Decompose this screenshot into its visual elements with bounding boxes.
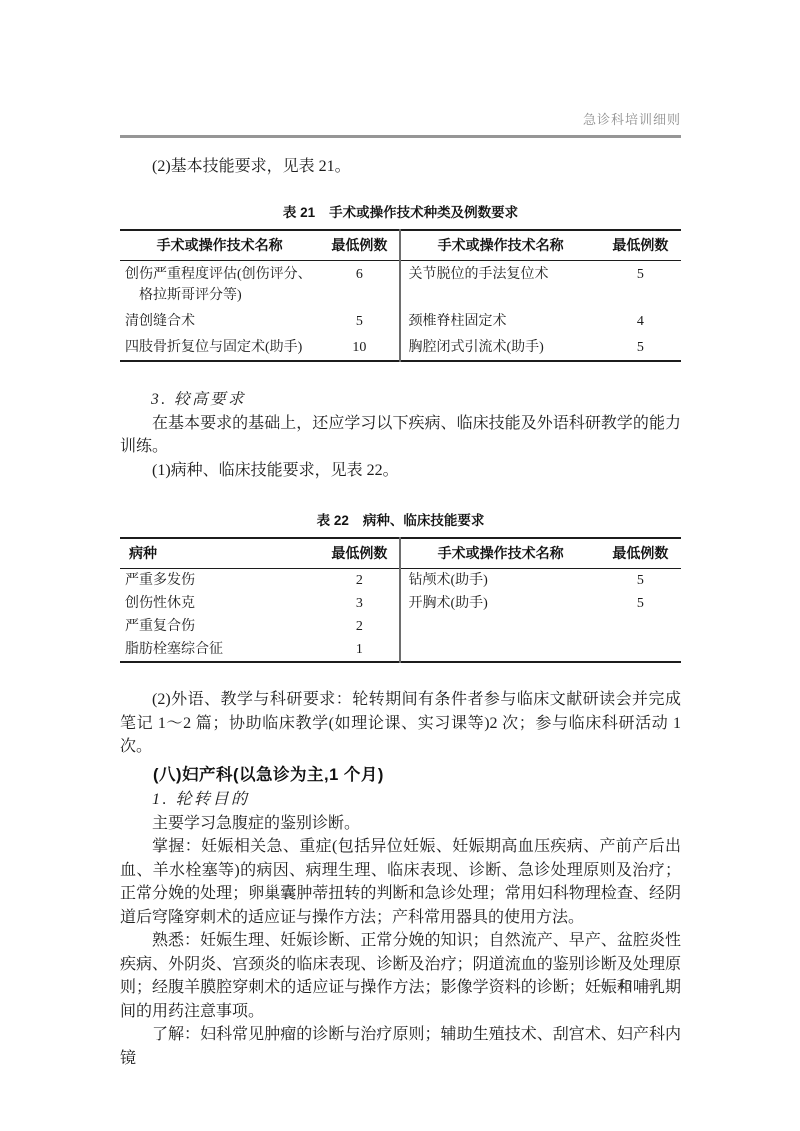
table-cell xyxy=(600,615,681,638)
table-cell: 5 xyxy=(600,261,681,309)
table-cell: 严重复合伤 xyxy=(120,615,319,638)
table22-header-disease: 病种 xyxy=(120,538,319,569)
table-cell: 四肢骨折复位与固定术(助手) xyxy=(120,334,319,361)
section3-heading: 3. 较高要求 xyxy=(120,388,681,412)
table-cell: 2 xyxy=(319,569,400,593)
table-cell: 4 xyxy=(600,308,681,334)
table-row: 脂肪栓塞综合征 1 xyxy=(120,638,681,662)
table-cell: 颈椎脊柱固定术 xyxy=(400,308,599,334)
page-number: — 45 — xyxy=(120,977,681,993)
table-row: 创伤严重程度评估(创伤评分、格拉斯哥评分等) 6 关节脱位的手法复位术 5 xyxy=(120,261,681,309)
table-cell: 开胸术(助手) xyxy=(400,592,599,615)
table22-caption-label: 表 22 xyxy=(317,513,349,528)
table-cell: 6 xyxy=(319,261,400,309)
document-page: 急诊科培训细则 (2)基本技能要求，见表 21。 表 21手术或操作技术种类及例… xyxy=(0,0,800,1131)
paragraph-understand: 了解：妇科常见肿瘤的诊断与治疗原则；辅助生殖技术、刮宫术、妇产科内镜 xyxy=(120,1023,681,1070)
table-22: 病种 最低例数 手术或操作技术名称 最低例数 严重多发伤 2 钻颅术(助手) 5… xyxy=(120,537,681,663)
paragraph-basic-skills: (2)基本技能要求，见表 21。 xyxy=(120,155,681,179)
running-head-title: 急诊科培训细则 xyxy=(120,0,681,128)
table22-header-row: 病种 最低例数 手术或操作技术名称 最低例数 xyxy=(120,538,681,569)
table-cell xyxy=(400,615,599,638)
table-cell: 创伤性休克 xyxy=(120,592,319,615)
table-row: 创伤性休克 3 开胸术(助手) 5 xyxy=(120,592,681,615)
table-row: 严重多发伤 2 钻颅术(助手) 5 xyxy=(120,569,681,593)
table-cell xyxy=(400,638,599,662)
table-cell: 2 xyxy=(319,615,400,638)
table21-caption: 表 21手术或操作技术种类及例数要求 xyxy=(120,205,681,220)
table-cell xyxy=(600,638,681,662)
table-cell: 脂肪栓塞综合征 xyxy=(120,638,319,662)
paragraph-foreign-teaching: (2)外语、教学与科研要求：轮转期间有条件者参与临床文献研读会并完成笔记 1～2… xyxy=(120,688,681,759)
section8-subheading-rotation: 1. 轮转目的 xyxy=(120,788,681,812)
table21-header-name-left: 手术或操作技术名称 xyxy=(120,230,319,261)
table22-header-name-right: 手术或操作技术名称 xyxy=(400,538,599,569)
table-cell: 3 xyxy=(319,592,400,615)
table-cell: 关节脱位的手法复位术 xyxy=(400,261,599,309)
paragraph-higher-req: 在基本要求的基础上，还应学习以下疾病、临床技能及外语科研教学的能力训练。 xyxy=(120,412,681,459)
paragraph-rotation-goal: 主要学习急腹症的鉴别诊断。 xyxy=(120,812,681,836)
table22-caption-title: 病种、临床技能要求 xyxy=(363,513,485,528)
table-cell: 清创缝合术 xyxy=(120,308,319,334)
table-cell: 10 xyxy=(319,334,400,361)
paragraph-see-table22: (1)病种、临床技能要求，见表 22。 xyxy=(120,459,681,483)
table21-header-row: 手术或操作技术名称 最低例数 手术或操作技术名称 最低例数 xyxy=(120,230,681,261)
table-cell: 严重多发伤 xyxy=(120,569,319,593)
table21-header-min-right: 最低例数 xyxy=(600,230,681,261)
table-cell: 5 xyxy=(600,569,681,593)
table22-header-min-right: 最低例数 xyxy=(600,538,681,569)
table-row: 严重复合伤 2 xyxy=(120,615,681,638)
paragraph-master: 掌握：妊娠相关急、重症(包括异位妊娠、妊娠期高血压疾病、产前产后出血、羊水栓塞等… xyxy=(120,835,681,929)
table-row: 四肢骨折复位与固定术(助手) 10 胸腔闭式引流术(助手) 5 xyxy=(120,334,681,361)
table21-caption-title: 手术或操作技术种类及例数要求 xyxy=(329,205,518,220)
page-content: 急诊科培训细则 (2)基本技能要求，见表 21。 表 21手术或操作技术种类及例… xyxy=(120,0,681,1070)
section8-heading: (八)妇产科(以急诊为主,1 个月) xyxy=(120,763,681,788)
table-cell: 5 xyxy=(600,592,681,615)
header-rule xyxy=(120,135,681,138)
table-21: 手术或操作技术名称 最低例数 手术或操作技术名称 最低例数 创伤严重程度评估(创… xyxy=(120,229,681,362)
table-row: 清创缝合术 5 颈椎脊柱固定术 4 xyxy=(120,308,681,334)
table-cell: 1 xyxy=(319,638,400,662)
table-cell: 5 xyxy=(319,308,400,334)
table22-header-min-left: 最低例数 xyxy=(319,538,400,569)
table21-header-min-left: 最低例数 xyxy=(319,230,400,261)
table21-header-name-right: 手术或操作技术名称 xyxy=(400,230,599,261)
table21-caption-label: 表 21 xyxy=(283,205,315,220)
table22-caption: 表 22病种、临床技能要求 xyxy=(120,513,681,528)
paragraph-familiar: 熟悉：妊娠生理、妊娠诊断、正常分娩的知识；自然流产、早产、盆腔炎性疾病、外阴炎、… xyxy=(120,929,681,1023)
table-cell: 5 xyxy=(600,334,681,361)
table-cell: 创伤严重程度评估(创伤评分、格拉斯哥评分等) xyxy=(120,261,319,309)
table-cell: 胸腔闭式引流术(助手) xyxy=(400,334,599,361)
table-cell: 钻颅术(助手) xyxy=(400,569,599,593)
